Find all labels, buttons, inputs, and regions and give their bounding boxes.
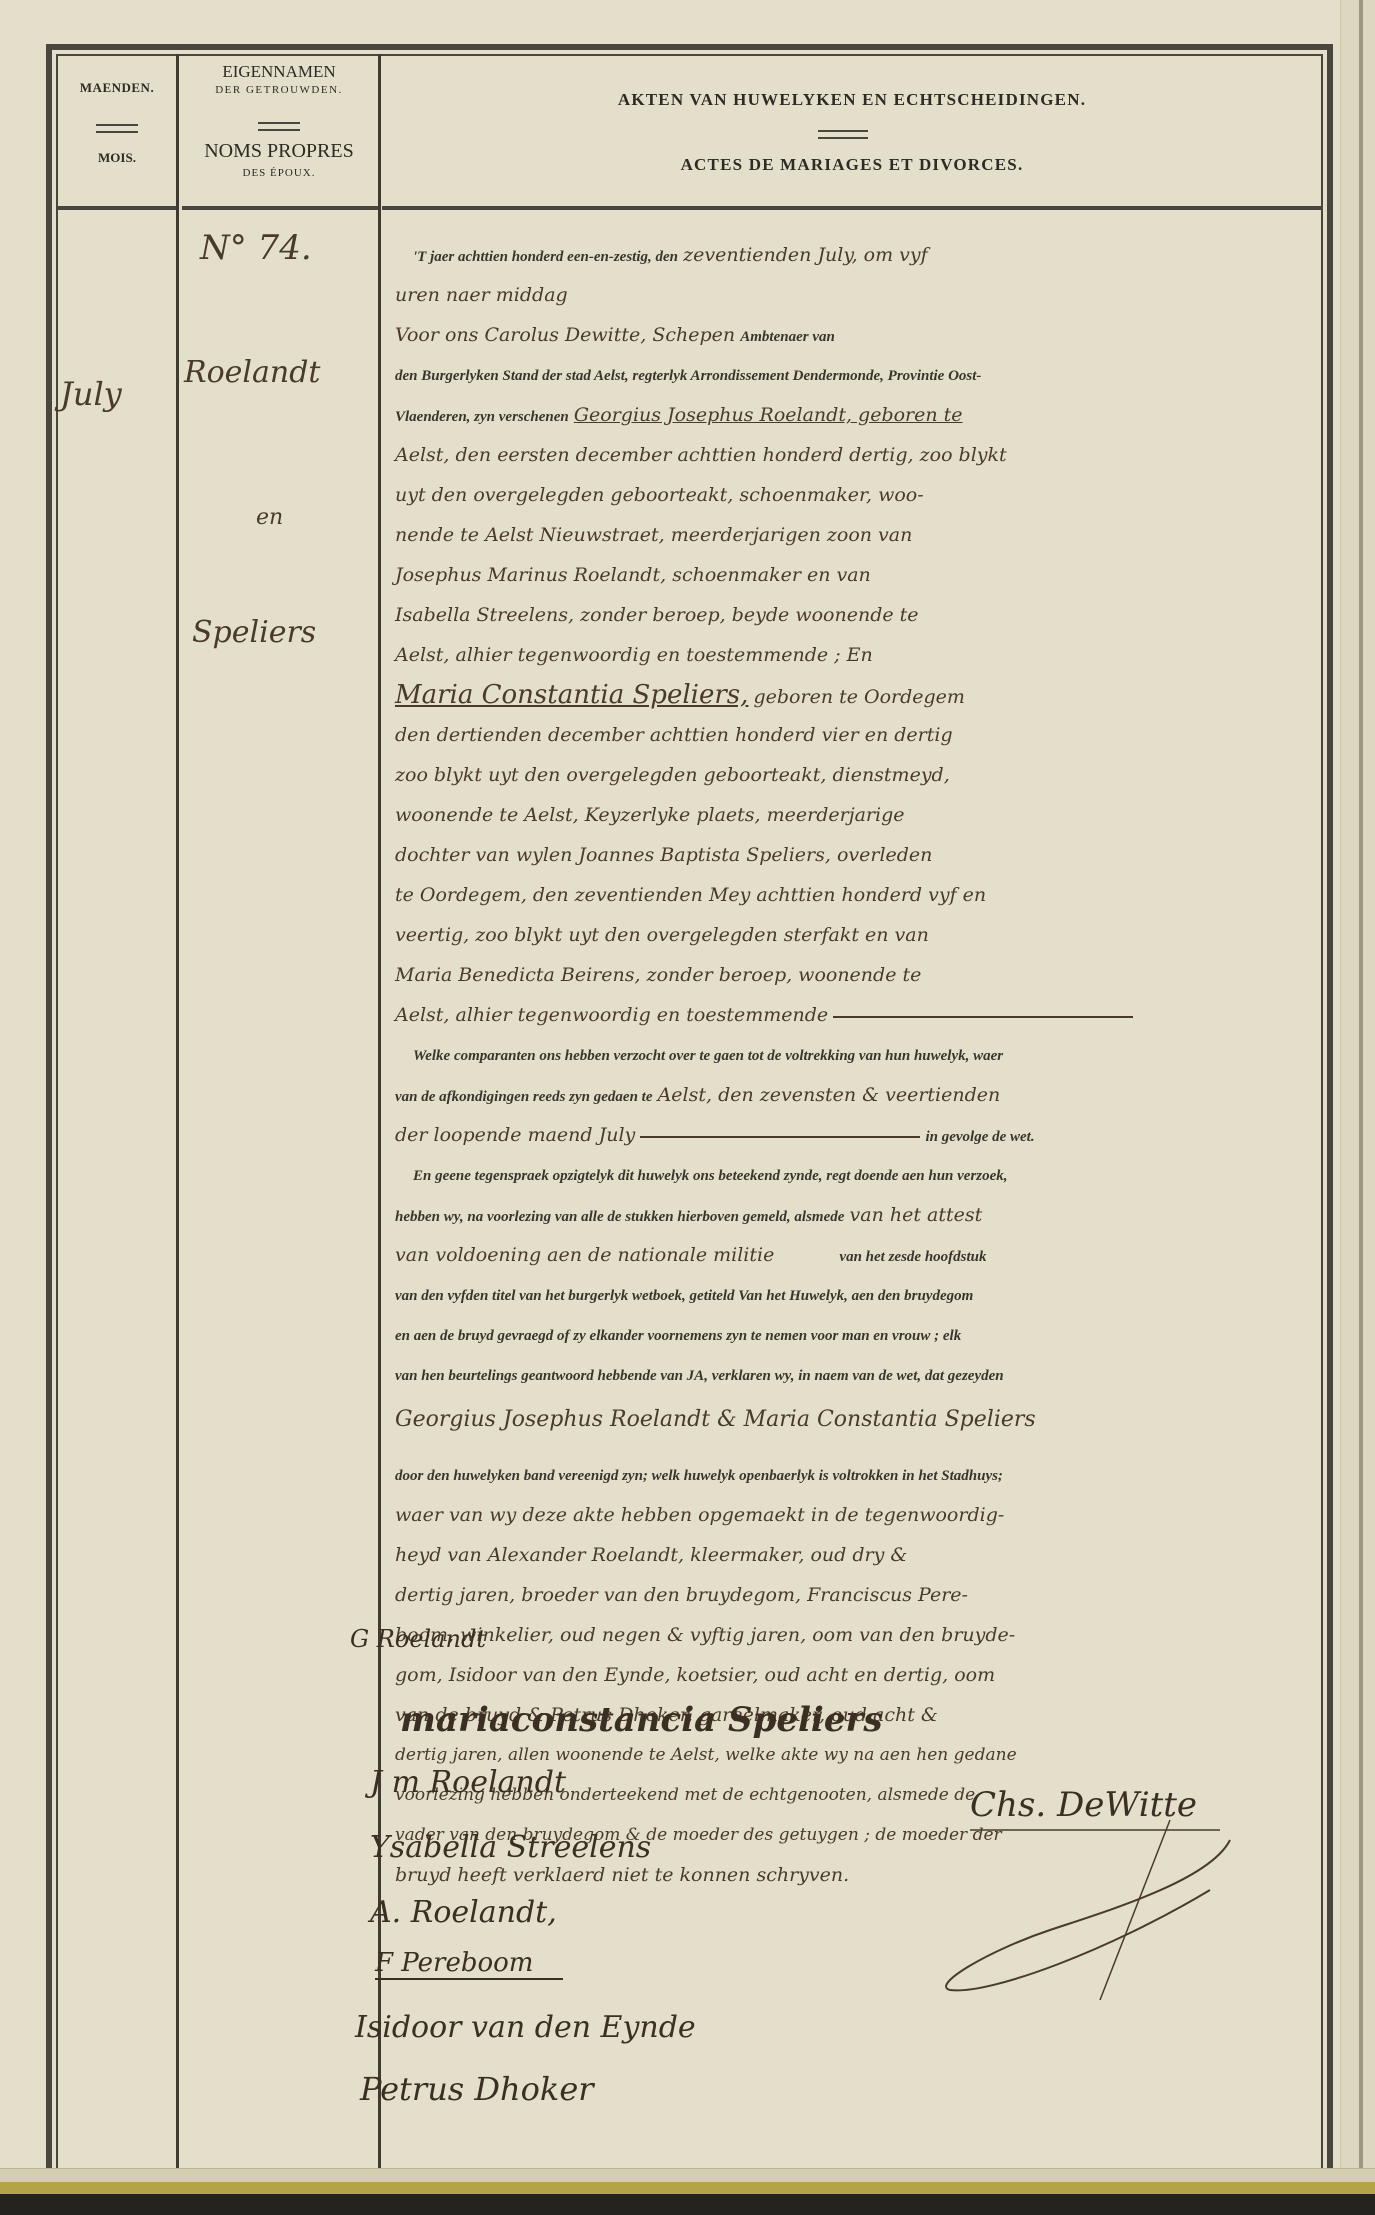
- handwritten-text: boom, winkelier, oud negen & vyftig jare…: [395, 1624, 1015, 1646]
- entry-number: N° 74.: [200, 228, 312, 268]
- printed-text: door den huwelyken band vereenigd zyn; w…: [395, 1468, 1003, 1484]
- printed-text: in gevolge de wet.: [925, 1129, 1034, 1145]
- handwritten-text: bruyd heeft verklaerd niet te konnen sch…: [395, 1864, 849, 1886]
- handwritten-text: geboren te Oordegem: [753, 686, 964, 708]
- act-line: van den vyfden titel van het burgerlyk w…: [395, 1275, 1310, 1315]
- act-line: veertig, zoo blykt uyt den overgelegden …: [395, 915, 1310, 955]
- act-line: van voldoening aen de nationale militie …: [395, 1235, 1310, 1275]
- act-line: der loopende maend July in gevolge de we…: [395, 1115, 1310, 1155]
- handwritten-text: zeventienden July, om vyf: [683, 244, 928, 266]
- act-line: uyt den overgelegden geboorteakt, schoen…: [395, 475, 1310, 515]
- header-divider: [96, 124, 138, 133]
- act-line: Vlaenderen, zyn verschenen Georgius Jose…: [395, 395, 1310, 435]
- handwritten-text: dertig jaren, broeder van den bruydegom,…: [395, 1584, 968, 1606]
- column-divider-month: [176, 54, 179, 2168]
- handwritten-text: Aelst, den eersten december achttien hon…: [395, 444, 1007, 466]
- conjunction-en: en: [256, 505, 283, 530]
- act-line: van de afkondigingen reeds zyn gedaen te…: [395, 1075, 1310, 1115]
- header-names-nl-main: EIGENNAMEN: [222, 62, 335, 81]
- act-body: 'T jaer achttien honderd een-en-zestig, …: [395, 235, 1310, 1895]
- printed-text: Welke comparanten ons hebben verzocht ov…: [413, 1048, 1003, 1064]
- header-month-fr: MOIS.: [58, 150, 176, 166]
- handwritten-text: Aelst, alhier tegenwoordig en toestemmen…: [395, 1004, 828, 1026]
- handwritten-text: Voor ons Carolus Dewitte, Schepen: [395, 324, 735, 346]
- handwritten-text: zoo blykt uyt den overgelegden geboortea…: [395, 764, 950, 786]
- printed-text: Ambtenaer van: [740, 329, 835, 345]
- act-line: uren naer middag: [395, 275, 1310, 315]
- printed-text: van de afkondigingen reeds zyn gedaen te: [395, 1089, 652, 1105]
- printed-text: van het zesde hoofdstuk: [839, 1249, 986, 1265]
- handwritten-text: nende te Aelst Nieuwstraet, meerderjarig…: [395, 524, 912, 546]
- act-line: Aelst, den eersten december achttien hon…: [395, 435, 1310, 475]
- act-line: nende te Aelst Nieuwstraet, meerderjarig…: [395, 515, 1310, 555]
- signature-groom: G Roelandt: [350, 1625, 486, 1653]
- printed-text: en aen de bruyd gevraegd of zy elkander …: [395, 1328, 961, 1344]
- header-names-nl-sub: DER GETROUWDEN.: [180, 81, 378, 100]
- page-edge-strip: [1340, 0, 1375, 2168]
- act-line: gom, Isidoor van den Eynde, koetsier, ou…: [395, 1655, 1310, 1695]
- act-line: zoo blykt uyt den overgelegden geboortea…: [395, 755, 1310, 795]
- header-names-fr-main: NOMS PROPRES: [204, 140, 354, 162]
- act-line: Maria Benedicta Beirens, zonder beroep, …: [395, 955, 1310, 995]
- act-line: waer van wy deze akte hebben opgemaekt i…: [395, 1495, 1310, 1535]
- handwritten-text: gom, Isidoor van den Eynde, koetsier, ou…: [395, 1664, 995, 1686]
- handwritten-text: te Oordegem, den zeventienden Mey achtti…: [395, 884, 986, 906]
- header-rule-names: [182, 206, 378, 210]
- act-line: Aelst, alhier tegenwoordig en toestemmen…: [395, 635, 1310, 675]
- act-line: dochter van wylen Joannes Baptista Speli…: [395, 835, 1310, 875]
- handwritten-text: van voldoening aen de nationale militie: [395, 1244, 774, 1266]
- act-line: 'T jaer achttien honderd een-en-zestig, …: [395, 235, 1310, 275]
- marriage-month: July: [60, 375, 122, 413]
- signature-witness-3: Isidoor van den Eynde: [355, 2010, 696, 2045]
- handwritten-text: waer van wy deze akte hebben opgemaekt i…: [395, 1504, 1004, 1526]
- header-names-fr: NOMS PROPRES DES ÉPOUX.: [180, 140, 378, 184]
- fill-line: [640, 1136, 920, 1138]
- bride-surname: Speliers: [192, 615, 316, 650]
- bottom-page-stack: [0, 2168, 1375, 2183]
- printed-text: den Burgerlyken Stand der stad Aelst, re…: [395, 368, 981, 384]
- bottom-background: [0, 2194, 1375, 2215]
- handwritten-text: den dertienden december achttien honderd…: [395, 724, 953, 746]
- bottom-binding-gold: [0, 2182, 1375, 2194]
- header-rule-month: [58, 206, 176, 210]
- act-line: dertig jaren, broeder van den bruydegom,…: [395, 1575, 1310, 1615]
- bride-full-name: Maria Constantia Speliers,: [395, 680, 748, 710]
- printed-text: hebben wy, na voorlezing van alle de stu…: [395, 1209, 844, 1225]
- act-line: den dertienden december achttien honderd…: [395, 715, 1310, 755]
- printed-text: 'T jaer achttien honderd een-en-zestig, …: [413, 249, 678, 265]
- handwritten-text: Isabella Streelens, zonder beroep, beyde…: [395, 604, 919, 626]
- printed-text: van hen beurtelings geantwoord hebbende …: [395, 1368, 1004, 1384]
- act-line: hebben wy, na voorlezing van alle de stu…: [395, 1195, 1310, 1235]
- header-divider: [818, 130, 868, 139]
- handwritten-text: der loopende maend July: [395, 1124, 635, 1146]
- signature-witness-1: A. Roelandt,: [370, 1895, 557, 1930]
- handwritten-text: veertig, zoo blykt uyt den overgelegden …: [395, 924, 929, 946]
- fill-line: [833, 1016, 1133, 1018]
- handwritten-text: dertig jaren, allen woonende te Aelst, w…: [395, 1745, 1017, 1765]
- act-line: Isabella Streelens, zonder beroep, beyde…: [395, 595, 1310, 635]
- handwritten-text: Maria Benedicta Beirens, zonder beroep, …: [395, 964, 921, 986]
- signature-father-groom: J m Roelandt: [370, 1765, 566, 1800]
- groom-surname: Roelandt: [184, 355, 320, 390]
- groom-full-name: Georgius Josephus Roelandt, geboren te: [574, 404, 963, 426]
- handwritten-text: dochter van wylen Joannes Baptista Speli…: [395, 844, 932, 866]
- header-divider: [258, 122, 300, 131]
- act-line: Georgius Josephus Roelandt & Maria Const…: [395, 1395, 1310, 1455]
- handwritten-text: Aelst, den zevensten & veertienden: [658, 1084, 1001, 1106]
- handwritten-text: Aelst, alhier tegenwoordig en toestemmen…: [395, 644, 873, 666]
- handwritten-text: heyd van Alexander Roelandt, kleermaker,…: [395, 1544, 907, 1566]
- header-rule-body: [382, 206, 1322, 210]
- act-line: den Burgerlyken Stand der stad Aelst, re…: [395, 355, 1310, 395]
- act-line: Welke comparanten ons hebben verzocht ov…: [395, 1035, 1310, 1075]
- header-names-fr-sub: DES ÉPOUX.: [180, 162, 378, 184]
- register-title-fr: ACTES DE MARIAGES ET DIVORCES.: [382, 155, 1322, 175]
- header-names-nl: EIGENNAMEN DER GETROUWDEN.: [180, 62, 378, 100]
- printed-text: En geene tegenspraek opzigtelyk dit huwe…: [413, 1168, 1008, 1184]
- handwritten-text: uren naer middag: [395, 284, 568, 306]
- act-line: van hen beurtelings geantwoord hebbende …: [395, 1355, 1310, 1395]
- handwritten-text: woonende te Aelst, Keyzerlyke plaets, me…: [395, 804, 904, 826]
- header-month-nl: MAENDEN.: [58, 80, 176, 96]
- register-title-nl: AKTEN VAN HUWELYKEN EN ECHTSCHEIDINGEN.: [382, 90, 1322, 110]
- edge-line: [1359, 0, 1363, 2168]
- act-line: te Oordegem, den zeventienden Mey achtti…: [395, 875, 1310, 915]
- act-line: boom, winkelier, oud negen & vyftig jare…: [395, 1615, 1310, 1655]
- act-line: Aelst, alhier tegenwoordig en toestemmen…: [395, 995, 1310, 1035]
- act-line: Josephus Marinus Roelandt, schoenmaker e…: [395, 555, 1310, 595]
- spouses-names: Georgius Josephus Roelandt & Maria Const…: [395, 1407, 1036, 1432]
- act-line: door den huwelyken band vereenigd zyn; w…: [395, 1455, 1310, 1495]
- act-line: woonende te Aelst, Keyzerlyke plaets, me…: [395, 795, 1310, 835]
- act-line: En geene tegenspraek opzigtelyk dit huwe…: [395, 1155, 1310, 1195]
- act-line: Maria Constantia Speliers, geboren te Oo…: [395, 675, 1310, 715]
- handwritten-text: Josephus Marinus Roelandt, schoenmaker e…: [395, 564, 871, 586]
- signature-witness-2: F Pereboom: [375, 1948, 563, 1980]
- officer-flourish-icon: [910, 1800, 1250, 2000]
- printed-text: Vlaenderen, zyn verschenen: [395, 409, 569, 425]
- handwritten-text: uyt den overgelegden geboorteakt, schoen…: [395, 484, 924, 506]
- act-line: en aen de bruyd gevraegd of zy elkander …: [395, 1315, 1310, 1355]
- act-line: heyd van Alexander Roelandt, kleermaker,…: [395, 1535, 1310, 1575]
- signature-mother-groom: Ysabella Streelens: [370, 1830, 651, 1865]
- signature-witness-4: Petrus Dhoker: [360, 2070, 594, 2108]
- act-line: Voor ons Carolus Dewitte, Schepen Ambten…: [395, 315, 1310, 355]
- printed-text: van den vyfden titel van het burgerlyk w…: [395, 1288, 973, 1304]
- signature-bride: mariaconstancia Speliers: [400, 1700, 883, 1740]
- handwritten-text: van het attest: [850, 1204, 983, 1226]
